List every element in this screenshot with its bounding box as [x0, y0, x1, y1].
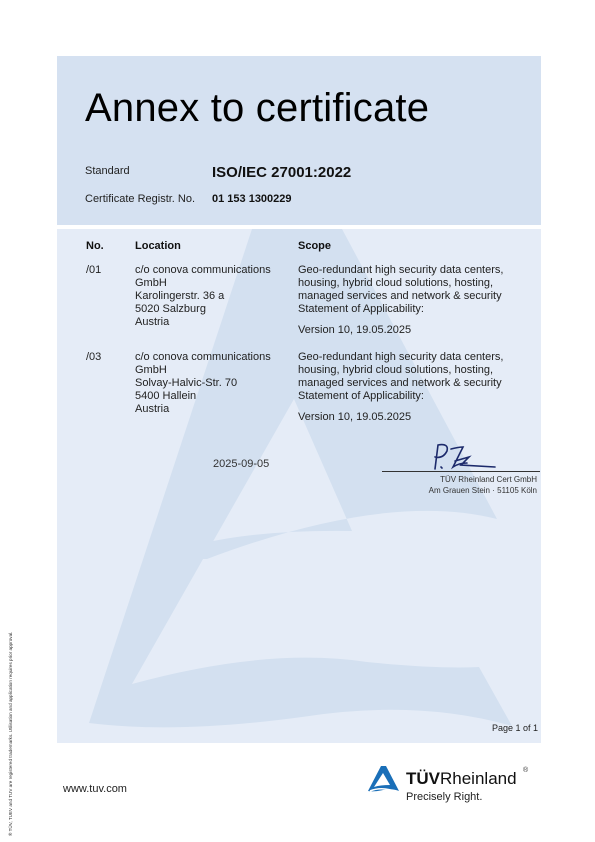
row-location: c/o conova communications GmbH Solvay-Ha… [135, 351, 271, 416]
scope-line: housing, hybrid cloud solutions, hosting… [298, 277, 503, 290]
issuer-address: Am Grauen Stein · 51105 Köln [429, 486, 537, 495]
brand-bold: TÜV [406, 769, 440, 788]
row-location: c/o conova communications GmbH Karolinge… [135, 264, 271, 329]
scope-line: managed services and network & security [298, 290, 503, 303]
row-number: /01 [86, 264, 101, 277]
brand-name: TÜVRheinland [406, 769, 517, 789]
standard-label: Standard [85, 165, 130, 177]
scope-line: Statement of Applicability: [298, 303, 503, 316]
location-line: GmbH [135, 364, 271, 377]
scope-line: housing, hybrid cloud solutions, hosting… [298, 364, 503, 377]
column-header-location: Location [135, 240, 181, 252]
location-line: c/o conova communications [135, 264, 271, 277]
location-line: 5020 Salzburg [135, 303, 271, 316]
certificate-header: Annex to certificate Standard ISO/IEC 27… [57, 56, 541, 225]
row-scope: Geo-redundant high security data centers… [298, 264, 503, 337]
location-line: Solvay-Halvic-Str. 70 [135, 377, 271, 390]
scope-version: Version 10, 19.05.2025 [298, 324, 503, 337]
page-title: Annex to certificate [85, 86, 429, 131]
location-line: Austria [135, 403, 271, 416]
column-header-scope: Scope [298, 240, 331, 252]
location-line: Austria [135, 316, 271, 329]
scope-version: Version 10, 19.05.2025 [298, 411, 503, 424]
page-number: Page 1 of 1 [492, 723, 538, 733]
location-line: GmbH [135, 277, 271, 290]
column-header-no: No. [86, 240, 104, 252]
registered-mark: ® [523, 767, 528, 774]
row-number: /03 [86, 351, 101, 364]
standard-value: ISO/IEC 27001:2022 [212, 164, 351, 181]
issuer-company: TÜV Rheinland Cert GmbH [440, 475, 537, 484]
registration-label: Certificate Registr. No. [85, 193, 195, 205]
tuv-triangle-logo-icon [366, 765, 401, 795]
brand-rest: Rheinland [440, 769, 517, 788]
location-line: Karolingerstr. 36 a [135, 290, 271, 303]
annex-body: No. Location Scope /01 c/o conova commun… [57, 229, 541, 743]
website-link[interactable]: www.tuv.com [63, 783, 127, 795]
location-line: 5400 Hallein [135, 390, 271, 403]
registration-value: 01 153 1300229 [212, 193, 292, 205]
row-scope: Geo-redundant high security data centers… [298, 351, 503, 424]
issue-date: 2025-09-05 [213, 458, 269, 470]
trademark-note: ® TÜV, TUEV and TUV are registered trade… [8, 632, 13, 836]
scope-line: Geo-redundant high security data centers… [298, 351, 503, 364]
scope-line: managed services and network & security [298, 377, 503, 390]
scope-line: Statement of Applicability: [298, 390, 503, 403]
signature-icon [429, 441, 499, 471]
signature-line [382, 471, 540, 472]
location-line: c/o conova communications [135, 351, 271, 364]
brand-tagline: Precisely Right. [406, 791, 482, 803]
scope-line: Geo-redundant high security data centers… [298, 264, 503, 277]
